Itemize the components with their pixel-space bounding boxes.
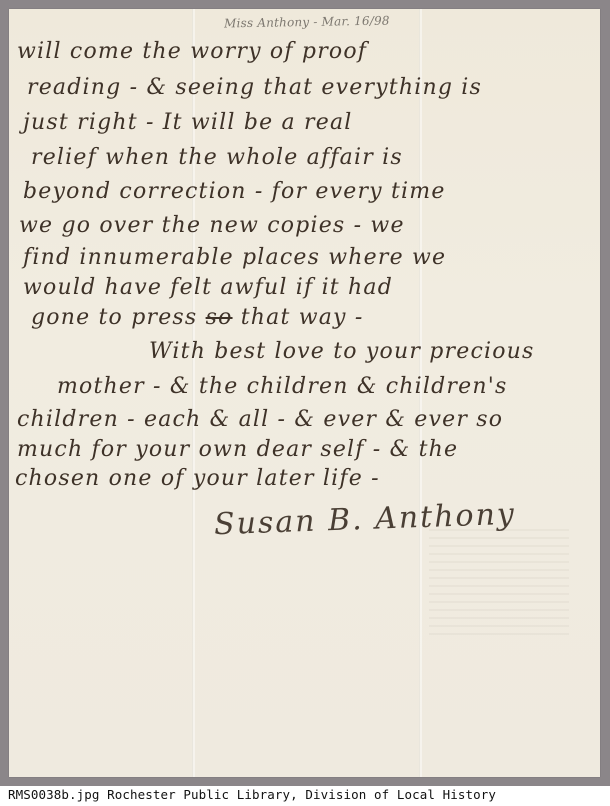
handwritten-line: much for your own dear self - & the bbox=[17, 437, 458, 462]
line-text: that way - bbox=[241, 305, 364, 330]
letter-page: Miss Anthony - Mar. 16/98 will come the … bbox=[9, 9, 600, 777]
handwritten-line: With best love to your precious bbox=[149, 339, 535, 364]
handwritten-line: relief when the whole affair is bbox=[31, 145, 403, 170]
handwritten-line: gone to press so that way - bbox=[31, 305, 364, 330]
handwritten-line: find innumerable places where we bbox=[23, 245, 446, 270]
line-text: gone to press bbox=[31, 305, 197, 330]
handwritten-line: will come the worry of proof bbox=[17, 39, 367, 64]
handwritten-line: just right - It will be a real bbox=[23, 110, 353, 135]
image-caption: RMS0038b.jpg Rochester Public Library, D… bbox=[8, 787, 496, 802]
bleed-through-text bbox=[429, 529, 569, 639]
archival-pencil-note: Miss Anthony - Mar. 16/98 bbox=[224, 14, 390, 31]
handwritten-line: would have felt awful if it had bbox=[23, 275, 393, 300]
handwritten-line: we go over the new copies - we bbox=[19, 213, 405, 238]
handwritten-line: beyond correction - for every time bbox=[23, 179, 446, 204]
struck-word: so bbox=[206, 305, 233, 330]
handwritten-line: children - each & all - & ever & ever so bbox=[17, 407, 503, 432]
handwritten-line: chosen one of your later life - bbox=[15, 466, 380, 491]
handwritten-line: mother - & the children & children's bbox=[57, 374, 507, 399]
scan-background: Miss Anthony - Mar. 16/98 will come the … bbox=[0, 0, 610, 786]
handwritten-line: reading - & seeing that everything is bbox=[27, 75, 482, 100]
